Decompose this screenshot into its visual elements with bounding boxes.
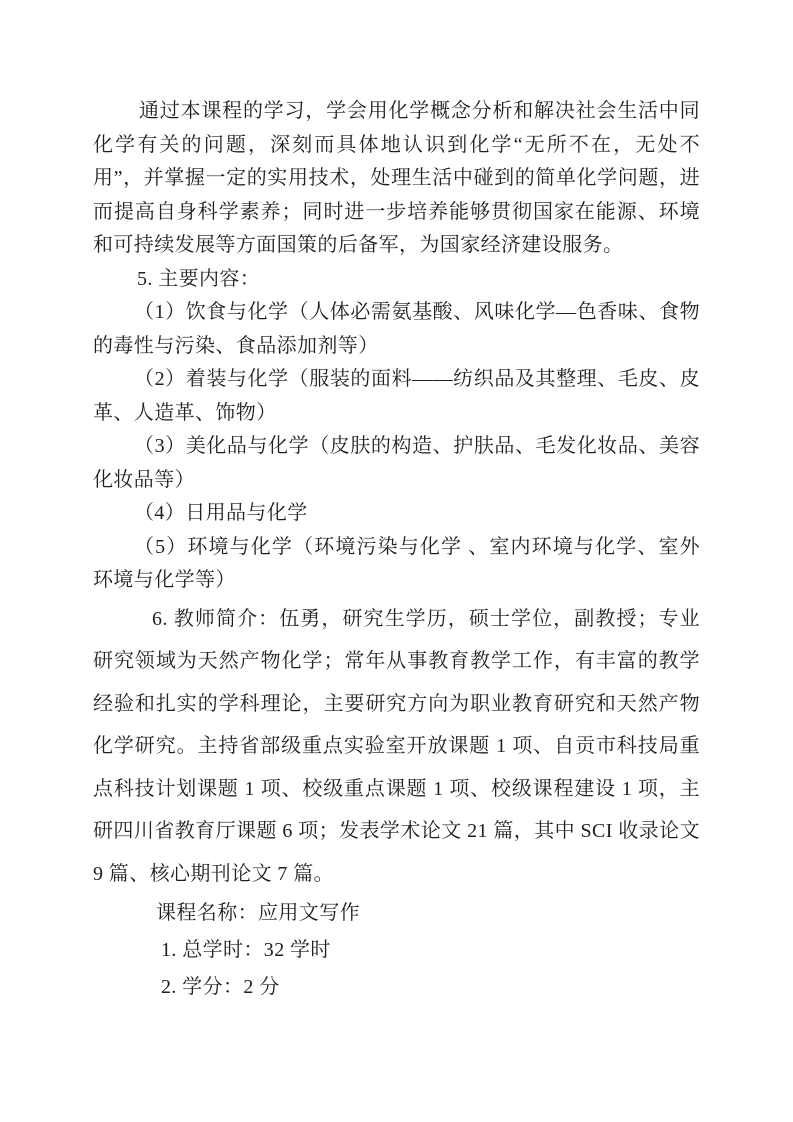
content-item-5-environment-chemistry: （5）环境与化学（环境污染与化学 、室内环境与化学、室外环境与化学等） [93, 531, 700, 598]
course-name-line: 课程名称：应用文写作 [93, 895, 700, 932]
teacher-introduction-paragraph: 6. 教师简介：伍勇，研究生学历，硕士学位，副教授；专业研究领域为天然产物化学；… [93, 598, 700, 896]
content-item-3-cosmetics-chemistry: （3）美化品与化学（皮肤的构造、护肤品、毛发化妆品、美容化妆品等） [93, 430, 700, 497]
content-item-2-clothing-chemistry: （2）着装与化学（服装的面料——纺织品及其整理、毛皮、皮革、人造革、饰物） [93, 363, 700, 430]
document-page: 通过本课程的学习，学会用化学概念分析和解决社会生活中同化学有关的问题，深刻而具体… [0, 0, 793, 1122]
credits-line: 2. 学分：2 分 [93, 969, 700, 1006]
total-class-hours-line: 1. 总学时：32 学时 [93, 932, 700, 969]
course-objective-paragraph: 通过本课程的学习，学会用化学概念分析和解决社会生活中同化学有关的问题，深刻而具体… [93, 95, 700, 263]
content-item-4-daily-goods-chemistry: （4）日用品与化学 [93, 497, 700, 531]
main-content-heading: 5. 主要内容： [93, 263, 700, 297]
content-item-1-food-chemistry: （1）饮食与化学（人体必需氨基酸、风味化学—色香味、食物的毒性与污染、食品添加剂… [93, 296, 700, 363]
